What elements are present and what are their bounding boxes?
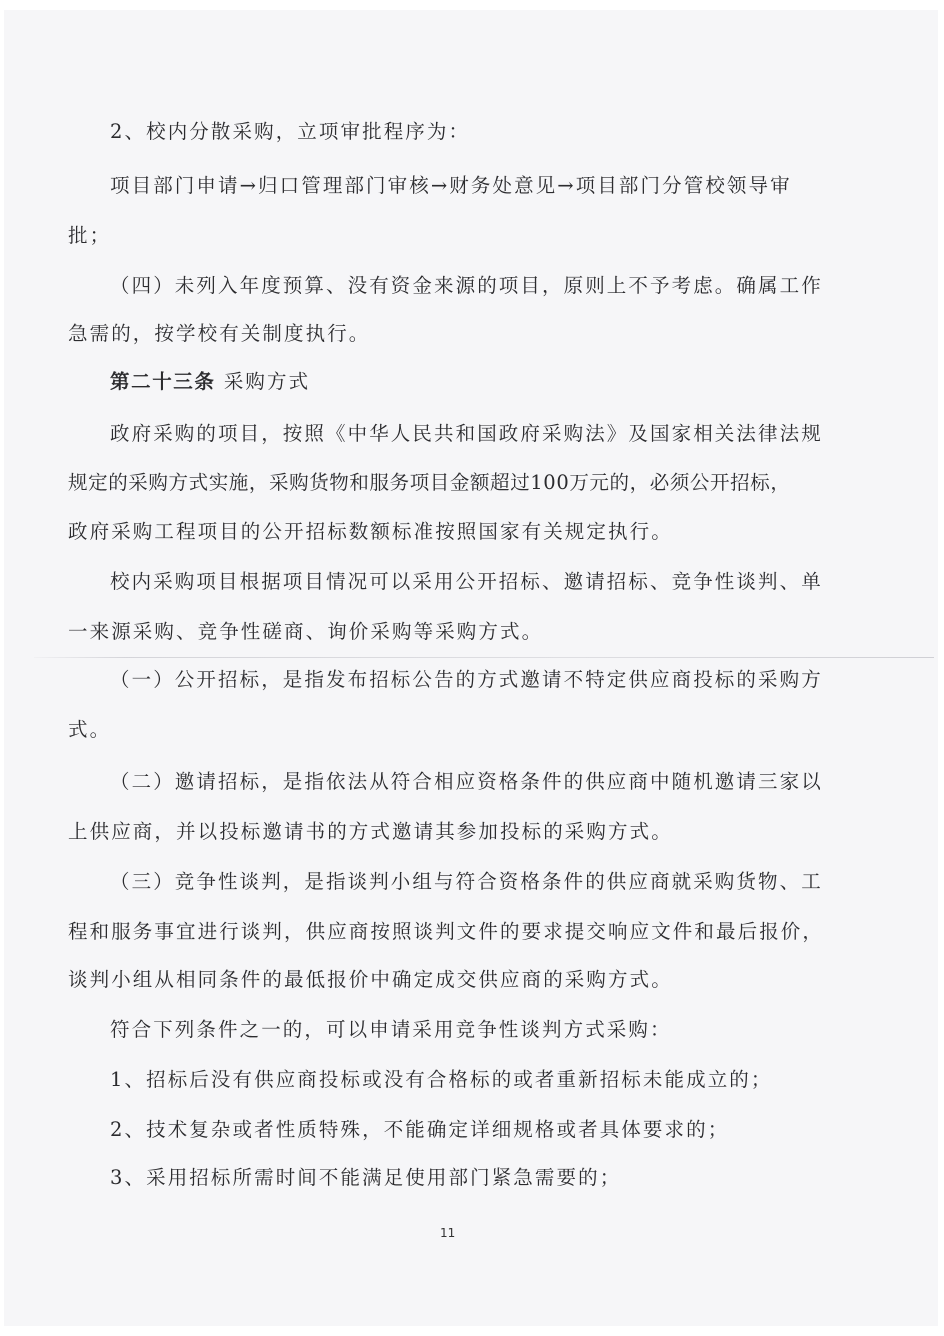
paragraph-line: 谈判小组从相同条件的最低报价中确定成交供应商的采购方式。 [68,968,673,992]
paragraph-line: 急需的，按学校有关制度执行。 [68,322,370,346]
list-item: 2、技术复杂或者性质特殊，不能确定详细规格或者具体要求的； [110,1118,729,1142]
paragraph-line: 项目部门申请→归口管理部门审核→财务处意见→项目部门分管校领导审 [110,174,792,198]
article-number: 第二十三条 [110,370,216,393]
list-item: 1、招标后没有供应商投标或没有合格标的或者重新招标未能成立的； [110,1068,773,1092]
paragraph-line: 政府采购工程项目的公开招标数额标准按照国家有关规定执行。 [68,520,673,544]
paragraph-line: 一来源采购、竞争性磋商、询价采购等采购方式。 [68,620,543,644]
paragraph-line: （一）公开招标，是指发布招标公告的方式邀请不特定供应商投标的采购方 [110,668,823,692]
paragraph-line: （四）未列入年度预算、没有资金来源的项目，原则上不予考虑。确属工作 [110,274,823,298]
paragraph-line: 式。 [68,718,111,742]
paragraph-line: 符合下列条件之一的，可以申请采用竞争性谈判方式采购： [110,1018,672,1042]
paragraph-line: 批； [68,224,111,248]
article-title: 采购方式 [224,370,310,393]
scan-artifact-line [34,657,934,658]
list-item: 3、采用招标所需时间不能满足使用部门紧急需要的； [110,1166,621,1190]
article-heading: 第二十三条 采购方式 [110,370,310,394]
paragraph-line: （三）竞争性谈判，是指谈判小组与符合资格条件的供应商就采购货物、工 [110,870,823,894]
paragraph-line: （二）邀请招标，是指依法从符合相应资格条件的供应商中随机邀请三家以 [110,770,823,794]
page-number: 11 [440,1226,455,1240]
paragraph-line: 2、校内分散采购，立项审批程序为： [110,120,470,144]
paragraph-line: 政府采购的项目，按照《中华人民共和国政府采购法》及国家相关法律法规 [110,422,823,446]
paragraph-line: 校内采购项目根据项目情况可以采用公开招标、邀请招标、竞争性谈判、单 [110,570,823,594]
paragraph-line: 程和服务事宜进行谈判，供应商按照谈判文件的要求提交响应文件和最后报价， [68,920,824,944]
paragraph-line: 规定的采购方式实施，采购货物和服务项目金额超过100万元的，必须公开招标， [68,471,790,495]
paragraph-line: 上供应商，并以投标邀请书的方式邀请其参加投标的采购方式。 [68,820,673,844]
